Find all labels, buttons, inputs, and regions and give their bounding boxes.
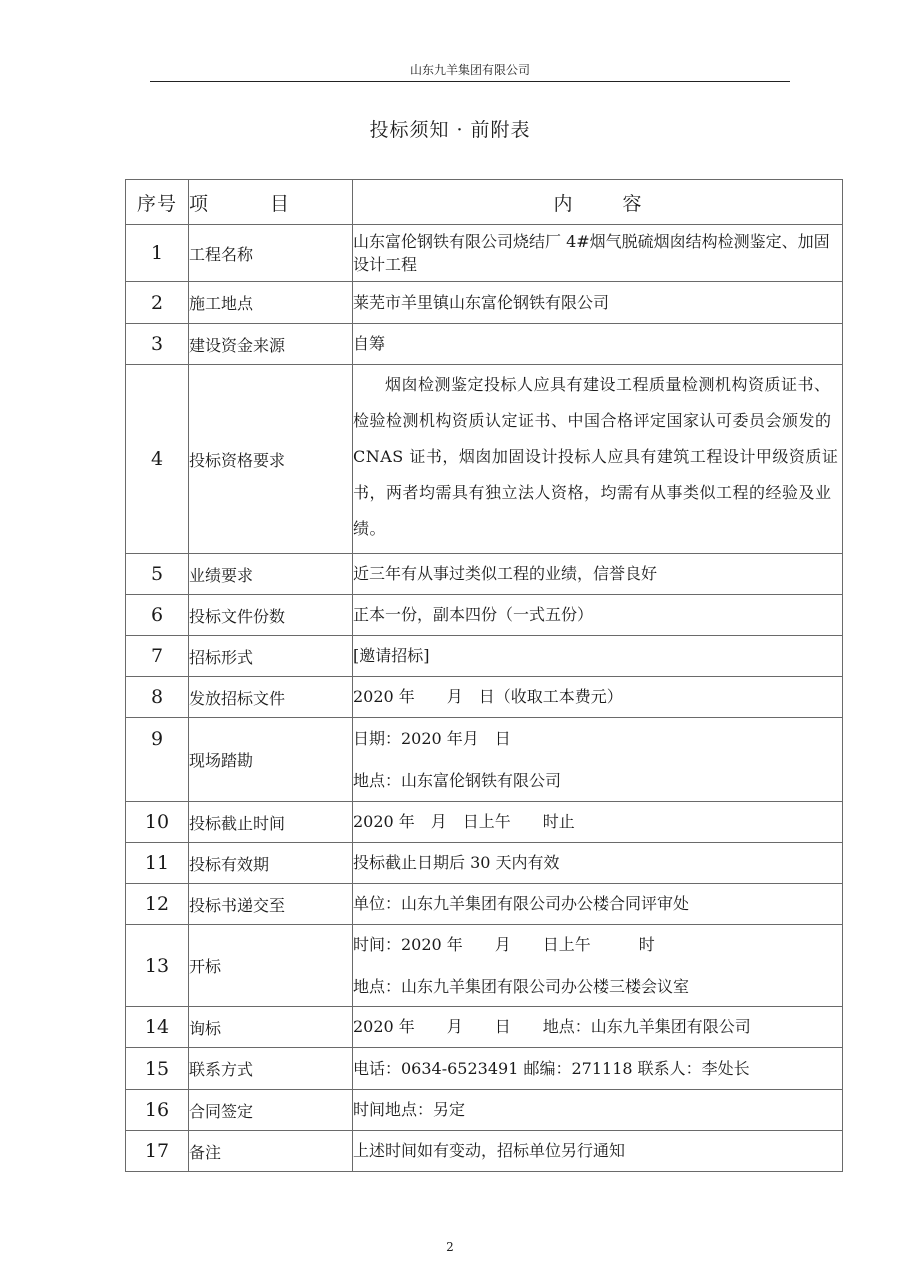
header-no: 序号 xyxy=(126,180,189,225)
row-number: 15 xyxy=(126,1048,189,1090)
row-item: 询标 xyxy=(189,1007,353,1048)
document-title: 投标须知 · 前附表 xyxy=(0,116,900,144)
header-rule xyxy=(150,81,790,82)
row-content: 时间：2020 年 月 日上午 时 地点：山东九羊集团有限公司办公楼三楼会议室 xyxy=(353,925,843,1007)
page-number: 2 xyxy=(0,1240,900,1254)
table-row: 10 投标截止时间 2020 年 月 日上午 时止 xyxy=(126,802,843,843)
row-item: 施工地点 xyxy=(189,282,353,324)
row-number: 3 xyxy=(126,324,189,365)
row-item: 招标形式 xyxy=(189,636,353,677)
row-item: 工程名称 xyxy=(189,225,353,282)
row-number: 17 xyxy=(126,1131,189,1172)
table-row: 7 招标形式 [邀请招标] xyxy=(126,636,843,677)
row-content: 2020 年 月 日上午 时止 xyxy=(353,802,843,843)
table-row: 4 投标资格要求 烟囱检测鉴定投标人应具有建设工程质量检测机构资质证书、检验检测… xyxy=(126,365,843,554)
table-row: 13 开标 时间：2020 年 月 日上午 时 地点：山东九羊集团有限公司办公楼… xyxy=(126,925,843,1007)
header-item-char-1: 项 xyxy=(189,193,208,215)
table-row: 2 施工地点 莱芜市羊里镇山东富伦钢铁有限公司 xyxy=(126,282,843,324)
row-content: [邀请招标] xyxy=(353,636,843,677)
row-content: 2020 年 月 日 地点：山东九羊集团有限公司 xyxy=(353,1007,843,1048)
header-content: 内容 xyxy=(353,180,843,225)
page-header-company: 山东九羊集团有限公司 xyxy=(150,62,790,78)
row-number: 5 xyxy=(126,554,189,595)
table-row: 15 联系方式 电话：0634-6523491 邮编：271118 联系人：李处… xyxy=(126,1048,843,1090)
row-content: 单位：山东九羊集团有限公司办公楼合同评审处 xyxy=(353,884,843,925)
row-number: 9 xyxy=(126,718,189,802)
row-item: 备注 xyxy=(189,1131,353,1172)
row-content: 正本一份，副本四份（一式五份） xyxy=(353,595,843,636)
site-visit-date: 日期：2020 年月 日 xyxy=(353,727,842,751)
row-number: 1 xyxy=(126,225,189,282)
table-header-row: 序号 项目 内容 xyxy=(126,180,843,225)
row-item: 投标截止时间 xyxy=(189,802,353,843)
row-item: 建设资金来源 xyxy=(189,324,353,365)
header-item-char-2: 目 xyxy=(270,193,289,215)
row-content: 2020 年 月 日（收取工本费元） xyxy=(353,677,843,718)
table-row: 1 工程名称 山东富伦钢铁有限公司烧结厂 4#烟气脱硫烟囱结构检测鉴定、加固设计… xyxy=(126,225,843,282)
row-item: 投标书递交至 xyxy=(189,884,353,925)
row-content: 自筹 xyxy=(353,324,843,365)
bid-opening-time: 时间：2020 年 月 日上午 时 xyxy=(353,933,842,957)
row-item: 投标文件份数 xyxy=(189,595,353,636)
row-number: 8 xyxy=(126,677,189,718)
row-item: 现场踏勘 xyxy=(189,718,353,802)
row-item: 联系方式 xyxy=(189,1048,353,1090)
row-number: 13 xyxy=(126,925,189,1007)
table-row: 9 现场踏勘 日期：2020 年月 日 地点：山东富伦钢铁有限公司 xyxy=(126,718,843,802)
site-visit-location: 地点：山东富伦钢铁有限公司 xyxy=(353,769,842,793)
row-content: 时间地点：另定 xyxy=(353,1090,843,1131)
bid-opening-location: 地点：山东九羊集团有限公司办公楼三楼会议室 xyxy=(353,975,842,999)
row-item: 合同签定 xyxy=(189,1090,353,1131)
table-row: 6 投标文件份数 正本一份，副本四份（一式五份） xyxy=(126,595,843,636)
table-row: 3 建设资金来源 自筹 xyxy=(126,324,843,365)
table-row: 11 投标有效期 投标截止日期后 30 天内有效 xyxy=(126,843,843,884)
row-content: 莱芜市羊里镇山东富伦钢铁有限公司 xyxy=(353,282,843,324)
table-row: 16 合同签定 时间地点：另定 xyxy=(126,1090,843,1131)
row-number: 10 xyxy=(126,802,189,843)
header-content-char-1: 内 xyxy=(553,193,572,215)
row-content: 投标截止日期后 30 天内有效 xyxy=(353,843,843,884)
row-number: 6 xyxy=(126,595,189,636)
row-number: 2 xyxy=(126,282,189,324)
row-content: 烟囱检测鉴定投标人应具有建设工程质量检测机构资质证书、检验检测机构资质认定证书、… xyxy=(353,365,843,554)
row-content: 上述时间如有变动，招标单位另行通知 xyxy=(353,1131,843,1172)
bidding-appendix-table: 序号 项目 内容 1 工程名称 山东富伦钢铁有限公司烧结厂 4#烟气脱硫烟囱结构… xyxy=(125,179,843,1172)
table-row: 14 询标 2020 年 月 日 地点：山东九羊集团有限公司 xyxy=(126,1007,843,1048)
row-item: 业绩要求 xyxy=(189,554,353,595)
row-content: 电话：0634-6523491 邮编：271118 联系人：李处长 xyxy=(353,1048,843,1090)
table-row: 17 备注 上述时间如有变动，招标单位另行通知 xyxy=(126,1131,843,1172)
table-row: 12 投标书递交至 单位：山东九羊集团有限公司办公楼合同评审处 xyxy=(126,884,843,925)
row-item: 发放招标文件 xyxy=(189,677,353,718)
table-row: 5 业绩要求 近三年有从事过类似工程的业绩，信誉良好 xyxy=(126,554,843,595)
header-item: 项目 xyxy=(189,180,353,225)
row-content: 山东富伦钢铁有限公司烧结厂 4#烟气脱硫烟囱结构检测鉴定、加固设计工程 xyxy=(353,225,843,282)
row-number: 12 xyxy=(126,884,189,925)
row-number: 7 xyxy=(126,636,189,677)
row-number: 14 xyxy=(126,1007,189,1048)
row-item: 投标资格要求 xyxy=(189,365,353,554)
row-number: 11 xyxy=(126,843,189,884)
row-content: 日期：2020 年月 日 地点：山东富伦钢铁有限公司 xyxy=(353,718,843,802)
header-content-char-2: 容 xyxy=(623,193,642,215)
row-item: 投标有效期 xyxy=(189,843,353,884)
row-content: 近三年有从事过类似工程的业绩，信誉良好 xyxy=(353,554,843,595)
row-number: 16 xyxy=(126,1090,189,1131)
table-row: 8 发放招标文件 2020 年 月 日（收取工本费元） xyxy=(126,677,843,718)
row-number: 4 xyxy=(126,365,189,554)
row-item: 开标 xyxy=(189,925,353,1007)
